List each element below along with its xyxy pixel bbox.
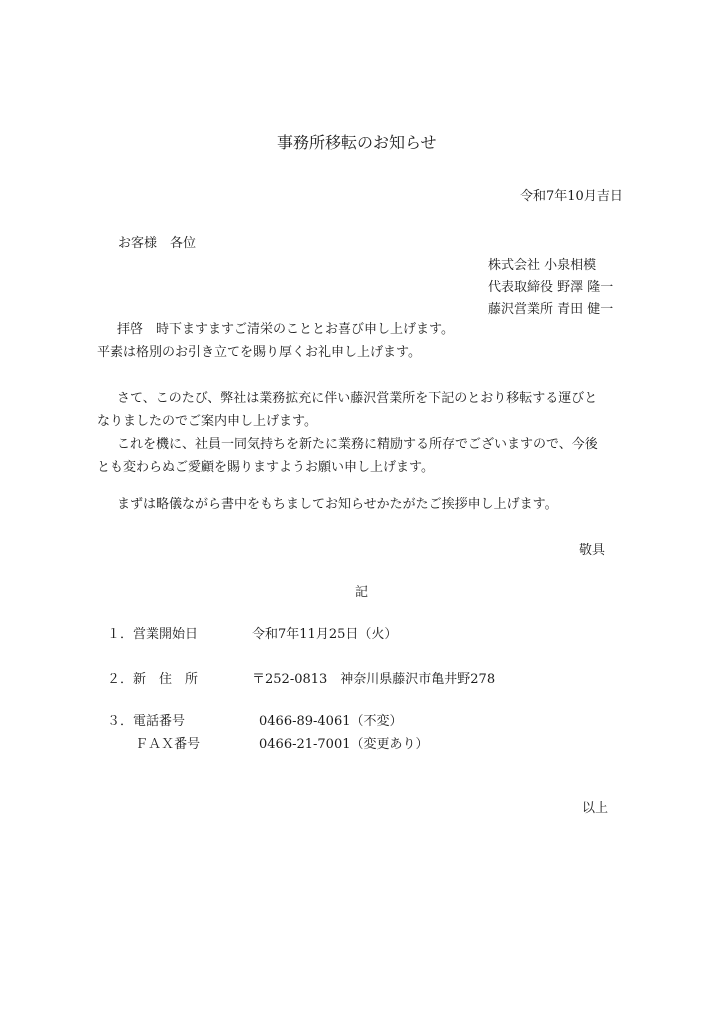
date: 令和7年10月吉日	[520, 189, 623, 205]
item-value-start-date: 令和7年11月25日（火）	[252, 627, 397, 643]
recipient: お客様 各位	[118, 236, 196, 252]
item-label-start-date: １．営業開始日	[107, 627, 198, 643]
greeting-line-2: 平素は格別のお引き立てを賜り厚くお礼申し上げます。	[97, 345, 421, 361]
sender-company: 株式会社 小泉相模	[488, 258, 596, 274]
sender-representative: 代表取締役 野澤 隆一	[488, 280, 613, 296]
sender-office: 藤沢営業所 青田 健一	[488, 302, 613, 318]
ki-heading: 記	[355, 585, 368, 601]
body-p3: まずは略儀ながら書中をもちましてお知らせかたがたご挨拶申し上げます。	[117, 497, 558, 513]
item-value-phone: 0466-89-4061（不変）	[259, 714, 403, 730]
document-title: 事務所移転のお知らせ	[277, 133, 437, 153]
item-label-fax: ＦＡＸ番号	[118, 737, 200, 753]
item-value-address: 〒252-0813 神奈川県藤沢市亀井野278	[252, 672, 495, 688]
closing: 敬具	[579, 543, 605, 559]
item-value-fax: 0466-21-7001（変更あり）	[259, 737, 429, 753]
body-p1-line-1: さて、このたび、弊社は業務拡充に伴い藤沢営業所を下記のとおり移転する運びと	[117, 391, 597, 407]
item-label-address: ２．新 住 所	[107, 672, 198, 688]
body-p2-line-2: とも変わらぬご愛顧を賜りますようお願い申し上げます。	[97, 460, 434, 476]
end-mark: 以上	[582, 801, 608, 817]
greeting-line-1: 拝啓 時下ますますご清栄のこととお喜び申し上げます。	[117, 322, 454, 338]
item-label-phone: ３．電話番号	[107, 714, 185, 730]
body-p2-line-1: これを機に、社員一同気持ちを新たに業務に精励する所存でございますので、今後	[117, 437, 598, 453]
body-p1-line-2: なりましたのでご案内申し上げます。	[97, 414, 317, 430]
